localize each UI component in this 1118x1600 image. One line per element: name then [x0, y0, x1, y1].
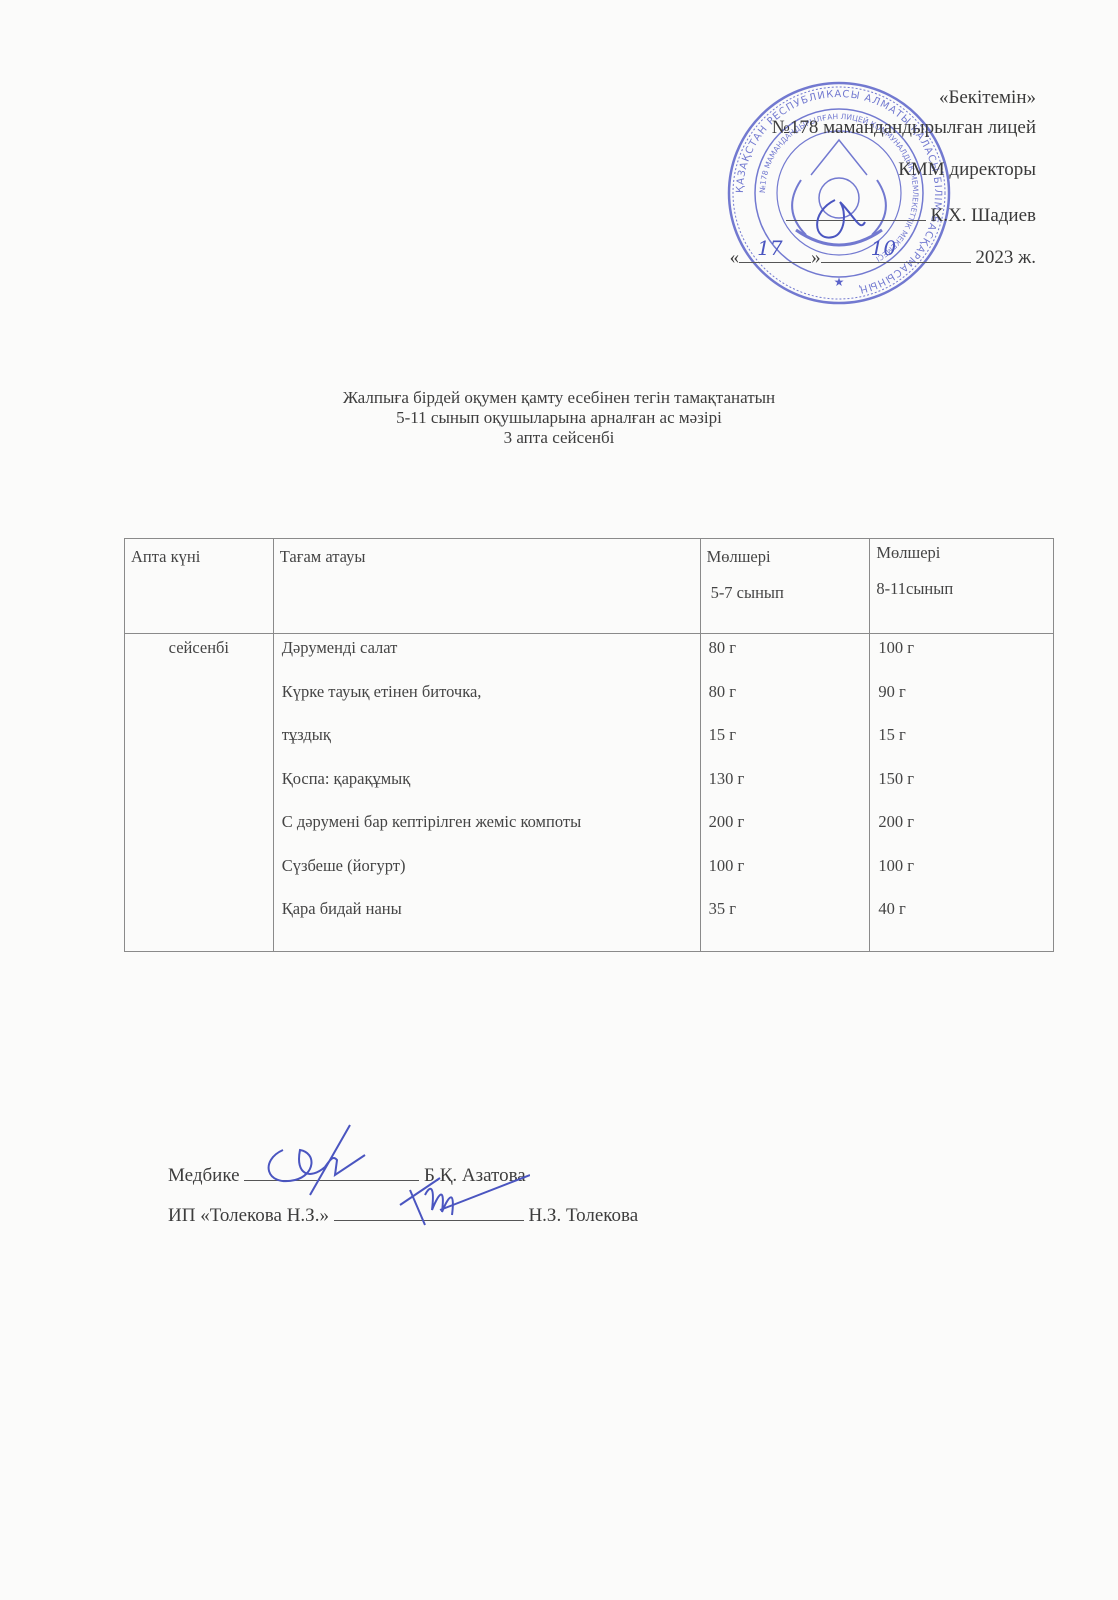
- portion-junior: 100 г: [709, 856, 862, 900]
- approval-heading: «Бекітемін»: [939, 88, 1036, 107]
- nurse-label: Медбике: [168, 1165, 240, 1186]
- supplier-signature-icon: [380, 1170, 530, 1230]
- dish-name: Қоспа: қарақұмық: [282, 769, 692, 813]
- portion-senior: 100 г: [878, 856, 1045, 900]
- menu-table: Апта күні Тағам атауы Мөлшері 5-7 сынып …: [124, 538, 1054, 952]
- dish-name: Қара бидай наны: [282, 899, 692, 943]
- approval-date: «17»10 2023 ж.: [730, 246, 1036, 267]
- date-day: 17: [739, 246, 811, 263]
- table-row: сейсенбі Дәруменді салатКүрке тауық етін…: [125, 634, 1054, 952]
- approval-org: №178 мамандандырылған лицей: [772, 118, 1036, 137]
- document-page: ҚАЗАҚСТАН РЕСПУБЛИКАСЫ АЛМАТЫ ҚАЛАСЫ БІЛ…: [0, 0, 1118, 1600]
- supplier-name: Н.З. Толекова: [528, 1205, 638, 1226]
- date-open-quote: «: [730, 247, 740, 268]
- title-line-3: 3 апта сейсенбі: [0, 428, 1118, 448]
- dish-cell: Дәруменді салатКүрке тауық етінен биточк…: [273, 634, 700, 952]
- title-line-2: 5-11 сынып оқушыларына арналған ас мәзір…: [0, 408, 1118, 428]
- director-signature-icon: [805, 192, 875, 252]
- title-line-1: Жалпыға бірдей оқумен қамту есебінен тег…: [0, 388, 1118, 408]
- director-name: К.Х. Шадиев: [931, 205, 1036, 226]
- portion-senior: 40 г: [878, 899, 1045, 943]
- portion-senior-title: Мөлшері: [876, 543, 1047, 563]
- header-portion-junior: Мөлшері 5-7 сынып: [700, 539, 870, 634]
- portion-senior-sub: 8-11сынып: [876, 579, 1047, 599]
- junior-cell: 80 г80 г15 г130 г200 г100 г35 г: [700, 634, 870, 952]
- day-cell: сейсенбі: [125, 634, 274, 952]
- svg-text:★: ★: [834, 275, 845, 289]
- senior-cell: 100 г90 г15 г150 г200 г100 г40 г: [870, 634, 1054, 952]
- header-dish: Тағам атауы: [273, 539, 700, 634]
- header-portion-senior: Мөлшері 8-11сынып: [870, 539, 1054, 634]
- portion-junior: 15 г: [709, 725, 862, 769]
- table-header-row: Апта күні Тағам атауы Мөлшері 5-7 сынып …: [125, 539, 1054, 634]
- portion-junior: 80 г: [709, 638, 862, 682]
- document-title: Жалпыға бірдей оқумен қамту есебінен тег…: [0, 388, 1118, 448]
- portion-senior: 150 г: [878, 769, 1045, 813]
- portion-senior: 100 г: [878, 638, 1045, 682]
- approval-position: КММ директоры: [898, 160, 1036, 179]
- dish-name: Сүзбеше (йогурт): [282, 856, 692, 900]
- dish-name: тұздық: [282, 725, 692, 769]
- date-year: 2023 ж.: [975, 247, 1036, 268]
- portion-junior: 130 г: [709, 769, 862, 813]
- portion-junior: 35 г: [709, 899, 862, 943]
- date-day-handwritten: 17: [757, 238, 782, 258]
- portion-junior: 80 г: [709, 682, 862, 726]
- dish-name: С дәрумені бар кептірілген жеміс компоты: [282, 812, 692, 856]
- portion-senior: 90 г: [878, 682, 1045, 726]
- portion-senior: 15 г: [878, 725, 1045, 769]
- portion-junior-sub: 5-7 сынып: [707, 583, 864, 603]
- portion-senior: 200 г: [878, 812, 1045, 856]
- dish-name: Дәруменді салат: [282, 638, 692, 682]
- header-day: Апта күні: [125, 539, 274, 634]
- dish-name: Күрке тауық етінен биточка,: [282, 682, 692, 726]
- portion-junior-title: Мөлшері: [707, 547, 864, 567]
- supplier-label: ИП «Толекова Н.З.»: [168, 1205, 329, 1226]
- portion-junior: 200 г: [709, 812, 862, 856]
